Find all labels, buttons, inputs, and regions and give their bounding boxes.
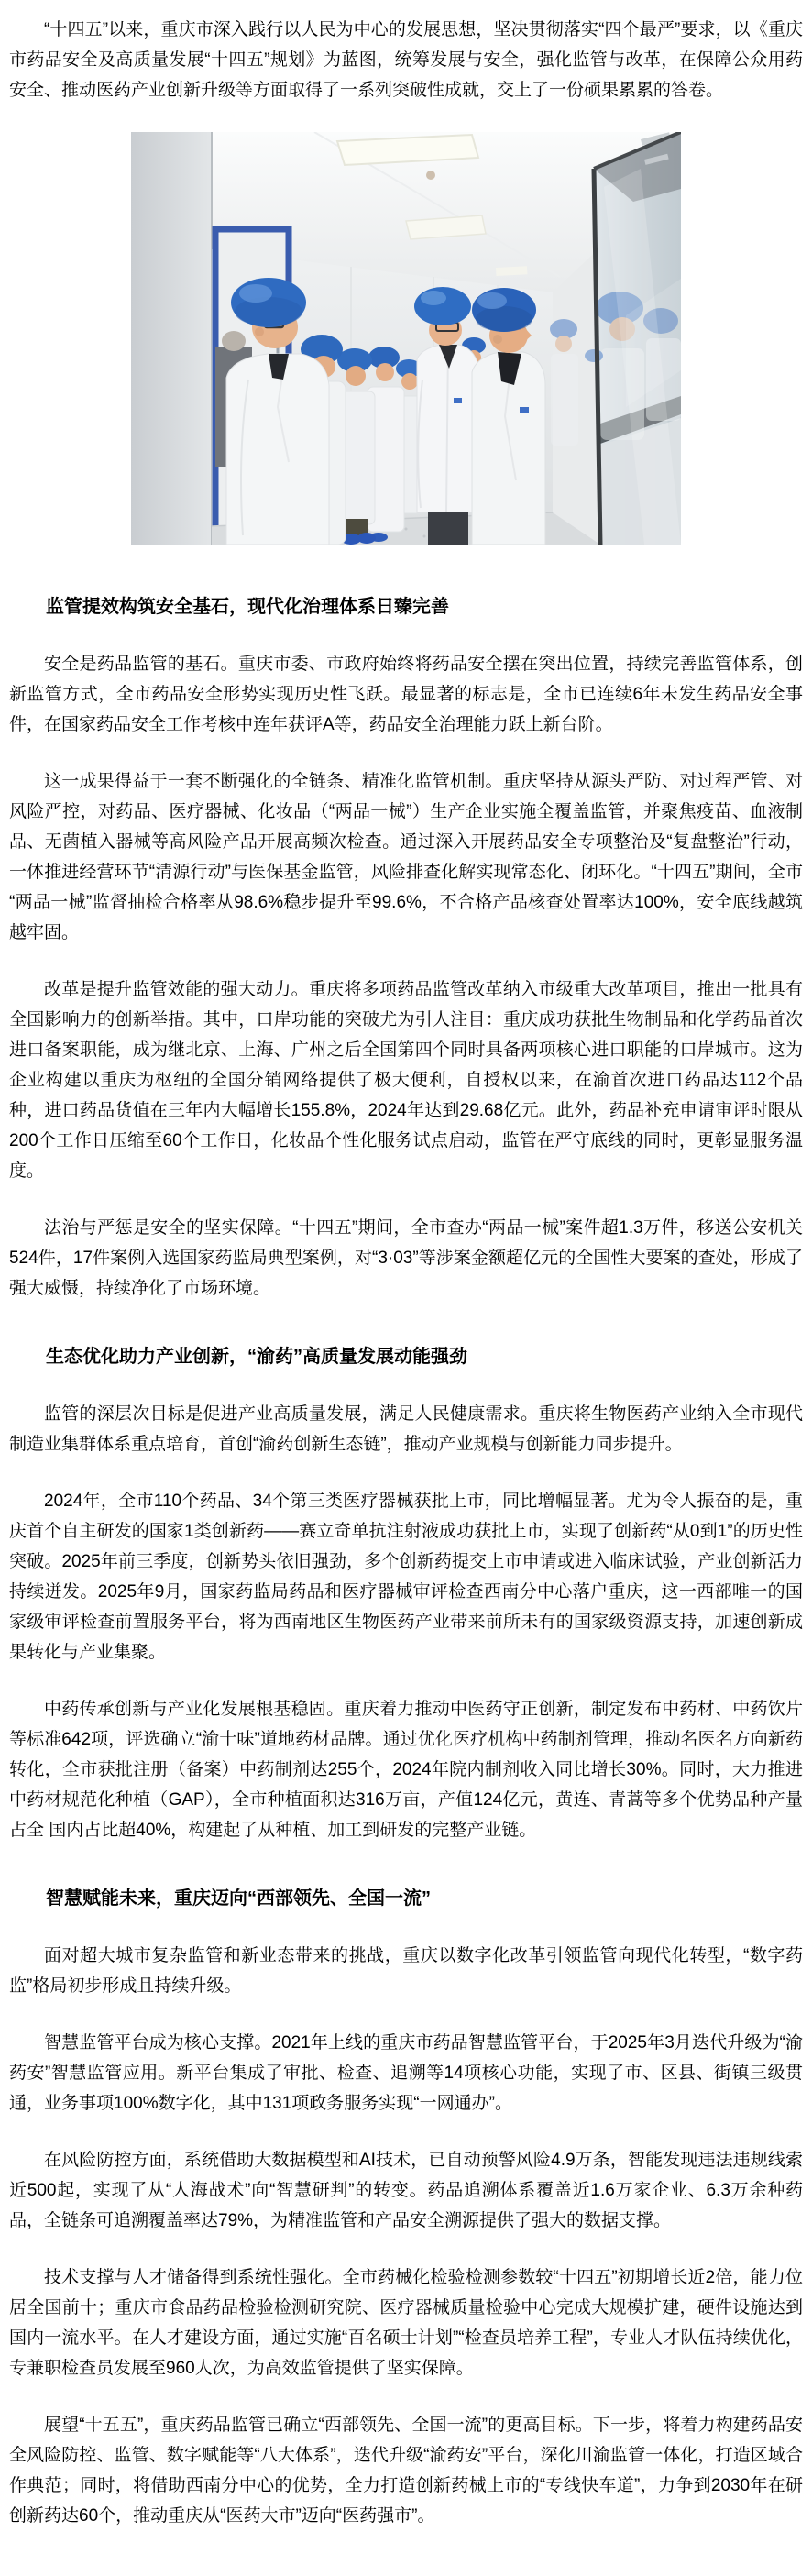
- body-paragraph: 这一成果得益于一套不断强化的全链条、精准化监管机制。重庆坚持从源头严防、对过程严…: [9, 766, 803, 948]
- body-paragraph: 监管的深层次目标是促进产业高质量发展，满足人民健康需求。重庆将生物医药产业纳入全…: [9, 1399, 803, 1459]
- section-regulation-heading: 监管提效构筑安全基石，现代化治理体系日臻完善: [9, 592, 803, 622]
- body-paragraph: 智慧监管平台成为核心支撑。2021年上线的重庆市药品智慧监管平台，于2025年3…: [9, 2028, 803, 2119]
- section-regulation: 监管提效构筑安全基石，现代化治理体系日臻完善 安全是药品监管的基石。重庆市委、市…: [9, 592, 803, 1304]
- cleanroom-scene: [131, 132, 681, 545]
- body-paragraph: 技术支撑与人才储备得到系统性强化。全市药械化检验检测参数较“十四五”初期增长近2…: [9, 2262, 803, 2383]
- body-paragraph: 面对超大城市复杂监管和新业态带来的挑战，重庆以数字化改革引领监管向现代化转型，“…: [9, 1941, 803, 2001]
- body-paragraph: 2024年，全市110个药品、34个第三类医疗器械获批上市，同比增幅显著。尤为令…: [9, 1486, 803, 1668]
- body-paragraph: 展望“十五五”，重庆药品监管已确立“西部领先、全国一流”的更高目标。下一步，将着…: [9, 2410, 803, 2531]
- smoke-detector: [426, 171, 435, 180]
- body-paragraph: 安全是药品监管的基石。重庆市委、市政府始终将药品安全摆在突出位置，持续完善监管体…: [9, 649, 803, 740]
- body-paragraph: 改革是提升监管效能的强大动力。重庆将多项药品监管改革纳入市级重大改革项目，推出一…: [9, 974, 803, 1186]
- cleanroom-visit-photo: [131, 132, 681, 545]
- body-paragraph: 法治与严惩是安全的坚实保障。“十四五”期间，全市查办“两品一械”案件超1.3万件…: [9, 1213, 803, 1304]
- article-page: “十四五”以来，重庆市深入践行以人民为中心的发展思想，坚决贯彻落实“四个最严”要…: [0, 0, 812, 2576]
- section-industry-heading: 生态优化助力产业创新，“渝药”高质量发展动能强劲: [9, 1342, 803, 1372]
- body-paragraph: 中药传承创新与产业化发展根基稳固。重庆着力推动中医药守正创新，制定发布中药材、中…: [9, 1694, 803, 1845]
- section-industry: 生态优化助力产业创新，“渝药”高质量发展动能强劲 监管的深层次目标是促进产业高质…: [9, 1342, 803, 1845]
- intro-paragraph: “十四五”以来，重庆市深入践行以人民为中心的发展思想，坚决贯彻落实“四个最严”要…: [9, 15, 803, 105]
- section-smart-future: 智慧赋能未来，重庆迈向“西部领先、全国一流” 面对超大城市复杂监管和新业态带来的…: [9, 1884, 803, 2531]
- body-paragraph: 在风险防控方面，系统借助大数据模型和AI技术，已自动预警风险4.9万条，智能发现…: [9, 2145, 803, 2236]
- section-smart-future-heading: 智慧赋能未来，重庆迈向“西部领先、全国一流”: [9, 1884, 803, 1914]
- near-wall: [131, 132, 212, 545]
